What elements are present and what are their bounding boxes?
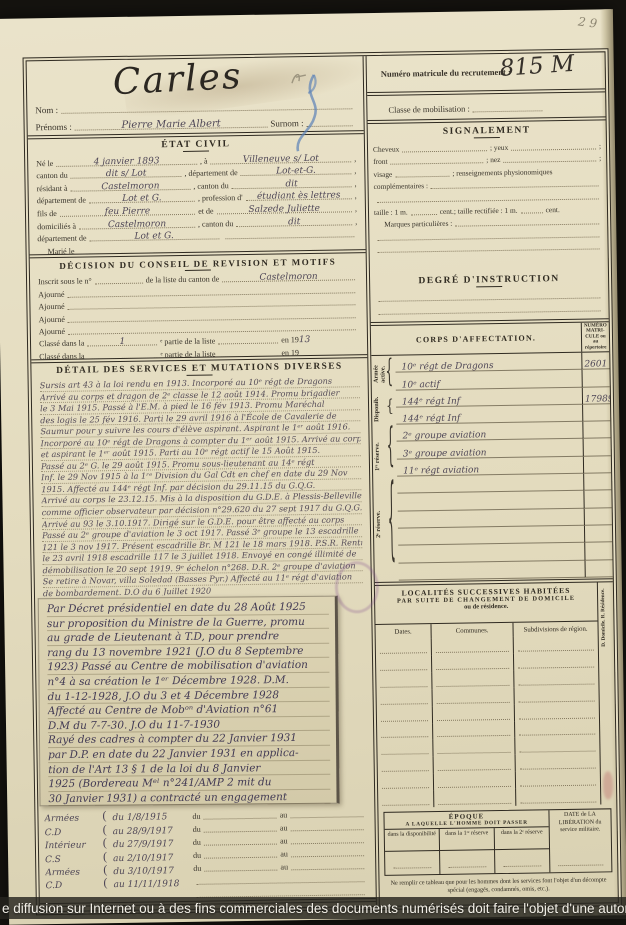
matricule-block: Numéro matricule du recrutement : 815 M xyxy=(367,52,606,92)
degre-instruction-section: DEGRÉ D'INSTRUCTION xyxy=(370,270,609,322)
mother-handwriting: Salzede Juliette xyxy=(248,204,320,215)
fils-de-label: fils de xyxy=(37,209,57,219)
partie-handwriting: 1 xyxy=(119,337,125,347)
du-label: du xyxy=(192,812,200,822)
comma: , xyxy=(354,179,356,189)
nez-line xyxy=(503,161,596,163)
inscrit-label: Inscrit sous le n° xyxy=(38,277,92,288)
residence-handwriting: Castelmoron xyxy=(101,181,159,192)
epoque-footnote: Ne remplir ce tableau que pour les homme… xyxy=(384,872,612,895)
blue-pencil-mark xyxy=(284,69,331,158)
birthdate-handwriting: 4 janvier 1893 xyxy=(94,156,160,167)
du-line xyxy=(204,831,277,833)
archive-notice-banner: e diffusion sur Internet ou à des fins c… xyxy=(0,897,626,919)
campaign-date: au 11/11/1918 xyxy=(113,879,179,890)
au-label: au xyxy=(280,823,288,833)
title-underline xyxy=(474,137,500,138)
du-label: du xyxy=(193,838,201,848)
blank-line xyxy=(218,343,278,345)
canton3-handwriting: dit xyxy=(288,217,300,227)
numero-column-header: NUMÉRO MATRI­CULE ou au répertoire xyxy=(581,322,609,351)
corps-body: Armée active. Disponib. 1ʳᵉ réserve. 2ᵉ … xyxy=(371,352,613,581)
semicolon: ; xyxy=(599,141,601,151)
a-label: , à xyxy=(200,156,208,166)
canton2-handwriting: dit xyxy=(285,179,297,189)
campaign-label: C.D xyxy=(45,827,103,838)
campaign-label: Armées xyxy=(44,814,102,825)
date-liberation-cell xyxy=(550,834,612,872)
front-label: front xyxy=(373,157,388,167)
campaign-date: du 3/10/1917 xyxy=(113,866,174,877)
taille-line xyxy=(411,214,437,215)
title-underline xyxy=(183,151,209,152)
services-handwriting: Sursis art 43 à la loi rendu en 1913. In… xyxy=(40,375,363,597)
disponibilite-col-header: dans la disponibilité xyxy=(385,829,439,852)
yeux-label: ; yeux xyxy=(490,142,508,152)
au-line xyxy=(290,816,363,818)
nom-label: Nom : xyxy=(35,105,58,116)
profession-handwriting: étudiant ès lettres xyxy=(257,191,341,202)
campaign-date: du 27/9/1917 xyxy=(113,839,174,850)
blank-line xyxy=(379,310,601,314)
et-de-label: et de xyxy=(198,206,213,216)
cheveux-label: Cheveux xyxy=(373,144,399,154)
au-label: au xyxy=(280,862,288,872)
campaign-label: Armées xyxy=(45,867,103,878)
campaign-label: C.D xyxy=(45,881,103,892)
signalement-title: SIGNALEMENT xyxy=(373,124,601,138)
epoque-subtitle: A LAQUELLE L'HOMME DOIT PASSER xyxy=(385,819,549,828)
surname-handwriting: Carles xyxy=(112,56,243,103)
canton3-label: , canton du xyxy=(198,219,233,230)
epoque-cell xyxy=(385,851,439,875)
red-stamp-smudge xyxy=(603,771,613,799)
record-sheet: 2 9 Carles Nom : Prénoms : Pierre Marie … xyxy=(0,9,625,925)
cent-label: cent.; xyxy=(440,206,456,216)
comma: , xyxy=(354,154,356,164)
corps-affectation-table: CORPS D'AFFECTATION. NUMÉRO MATRI­CULE o… xyxy=(371,322,613,582)
ajourne-label: Ajourné xyxy=(38,302,64,312)
localites-table: LOCALITÉS SUCCESSIVES HABITÉES PAR SUITE… xyxy=(375,582,616,808)
renseignements-label: ; renseignements physionomiques xyxy=(452,167,552,179)
departement3-label: département de xyxy=(37,234,86,245)
taille-label: taille : 1 m. xyxy=(374,207,408,218)
archive-notice-text: e diffusion sur Internet ou à des fins c… xyxy=(2,901,626,916)
title-underline xyxy=(185,270,211,271)
du-label: du xyxy=(193,864,201,874)
front-line xyxy=(391,162,484,164)
du-line xyxy=(204,857,277,859)
marie-label: Marié le xyxy=(38,246,75,254)
localites-body xyxy=(376,636,601,808)
nez-label: ; nez xyxy=(486,155,500,165)
domicile-handwriting: Castelmoron xyxy=(108,219,166,230)
numero-line xyxy=(95,283,143,285)
departement2-label: département de xyxy=(37,196,86,207)
classe-label: Classé dans la xyxy=(39,339,84,350)
campaign-date: au 28/9/1917 xyxy=(113,826,173,837)
comma: , xyxy=(355,217,357,227)
epoque-cell xyxy=(440,850,494,874)
au-line xyxy=(290,829,363,831)
blank-line xyxy=(378,249,600,253)
canton-handwriting: dit s/ Lot xyxy=(106,169,147,180)
epoque-cell xyxy=(495,849,549,873)
yeux-line xyxy=(511,148,596,150)
canton-decision-handwriting: Castelmoron xyxy=(259,272,317,283)
du-label: du xyxy=(193,825,201,835)
du-line xyxy=(204,818,277,820)
corps-entry: 10ᵉ actif xyxy=(402,380,440,391)
epoque-section: ÉPOQUE A LAQUELLE L'HOMME DOIT PASSER da… xyxy=(378,804,617,895)
subdivisions-column-header: Subdivisions de région. xyxy=(513,622,597,637)
residant-label: résidant à xyxy=(37,184,68,194)
prenoms-label: Prénoms : xyxy=(36,122,72,134)
visage-line xyxy=(395,176,449,178)
au-line xyxy=(291,868,364,870)
campaign-date: au 2/10/1917 xyxy=(113,853,173,864)
signalement-section: SIGNALEMENT Cheveux; yeux; front; nez; v… xyxy=(368,120,608,274)
au-label: au xyxy=(280,849,288,859)
date-liberation-header: DATE de LA LIBÉRATION du service militai… xyxy=(549,811,610,834)
localites-header: LOCALITÉS SUCCESSIVES HABITÉES PAR SUITE… xyxy=(375,583,598,624)
semicolon: ; xyxy=(599,154,601,164)
domicilies-label: domiciliés à xyxy=(37,221,76,232)
campaign-label: Intérieur xyxy=(45,840,103,851)
classe-line xyxy=(473,110,543,112)
comma: , xyxy=(355,192,357,202)
right-column: Numéro matricule du recrutement : 815 M … xyxy=(367,52,618,906)
domicile-residence-label: D. Domicile. R. Résidence. xyxy=(600,588,607,646)
blank-line xyxy=(196,871,364,885)
campaign-date: du 1/8/1915 xyxy=(112,813,167,824)
dates-column-header: Dates. xyxy=(375,624,431,639)
corps-number: 17989 xyxy=(585,394,613,404)
corps-title: CORPS D'AFFECTATION. xyxy=(371,323,581,355)
ajourne-label: Ajourné xyxy=(39,327,65,337)
complementaires-label: complémentaires : xyxy=(374,181,429,192)
comma: , xyxy=(354,166,356,176)
campaigns-list: Armées(du 1/8/1915 C.D(au 28/9/1917 Inté… xyxy=(44,809,193,903)
en-label: en 19 xyxy=(281,336,299,346)
liste-label: de la liste du canton de xyxy=(146,275,220,286)
campaigns-section: Armées(du 1/8/1915 C.D(au 28/9/1917 Inté… xyxy=(38,802,375,903)
communes-column-header: Communes. xyxy=(431,623,513,638)
prenoms-handwriting: Pierre Marie Albert xyxy=(121,118,220,131)
reserve1-col-header: dans la 1ʳᵉ réserve xyxy=(440,828,494,851)
title-underline xyxy=(187,375,213,376)
canton2-label: , canton du xyxy=(193,181,228,192)
left-column: Carles Nom : Prénoms : Pierre Marie Albe… xyxy=(27,56,376,911)
departement2-handwriting: Lot et G. xyxy=(122,194,162,205)
taille-rect-line xyxy=(521,212,543,213)
du-line xyxy=(204,870,277,872)
pencil-annotation: 2 9 xyxy=(577,14,598,30)
mobilisation-block: Classe de mobilisation : xyxy=(367,92,605,120)
visage-label: visage xyxy=(373,169,392,179)
pasted-note: Par Décret présidentiel en date du 28 Ao… xyxy=(38,596,340,807)
ajourne-label: Ajourné xyxy=(39,314,65,324)
cent-label: cent. xyxy=(546,205,560,215)
classe-mobilisation-label: Classe de mobilisation : xyxy=(388,103,470,115)
au-label: au xyxy=(280,836,288,846)
services-section: DÉTAIL DES SERVICES ET MUTATIONS DIVERSE… xyxy=(31,358,371,597)
scan-background: 2 9 Carles Nom : Prénoms : Pierre Marie … xyxy=(0,0,626,925)
degre-title: DEGRÉ D'INSTRUCTION xyxy=(375,273,603,287)
ajourne-label: Ajourné xyxy=(38,290,64,300)
marques-label: Marques particulières : xyxy=(374,219,452,230)
campaign-label: C.S xyxy=(45,854,103,865)
comma: , xyxy=(355,204,357,214)
departement-handwriting: Lot-et-G. xyxy=(276,166,316,177)
partie-label: ᵉ partie de la liste xyxy=(160,337,215,348)
decision-section: DÉCISION DU CONSEIL DE REVISION ET MOTIF… xyxy=(30,253,368,359)
profession-label: , profession d' xyxy=(198,193,243,204)
ne-le-label: Né le xyxy=(36,159,53,169)
au-line xyxy=(291,855,364,857)
form-frame: Carles Nom : Prénoms : Pierre Marie Albe… xyxy=(26,51,619,912)
du-au-grid: duau duau duau duau duau xyxy=(192,806,367,901)
du-label: du xyxy=(193,851,201,861)
father-handwriting: feu Pierre xyxy=(105,206,151,217)
classe-label: Classé dans la xyxy=(39,351,84,359)
corps-number: 2601 xyxy=(584,360,607,370)
cheveux-line xyxy=(402,150,487,152)
annee-handwriting: 13 xyxy=(299,335,311,345)
canton-label: canton du xyxy=(36,171,67,181)
reserve2-col-header: dans la 2ᵉ réserve xyxy=(495,827,549,850)
du-line xyxy=(204,844,277,846)
taille-rectifiee-label: taille rectifiée : 1 m. xyxy=(456,205,518,216)
au-line xyxy=(291,842,364,844)
matricule-label: Numéro matricule du recrutement : xyxy=(381,67,511,79)
note-line: 30 Janvier 1931) a contracté un engageme… xyxy=(48,789,330,806)
departement-label: , département de xyxy=(184,168,237,179)
title-underline xyxy=(476,286,502,287)
blank-line xyxy=(197,884,365,898)
au-label: au xyxy=(280,810,288,820)
matricule-handwriting: 815 M xyxy=(499,52,575,82)
departement3-handwriting: Lot et G. xyxy=(134,231,174,242)
